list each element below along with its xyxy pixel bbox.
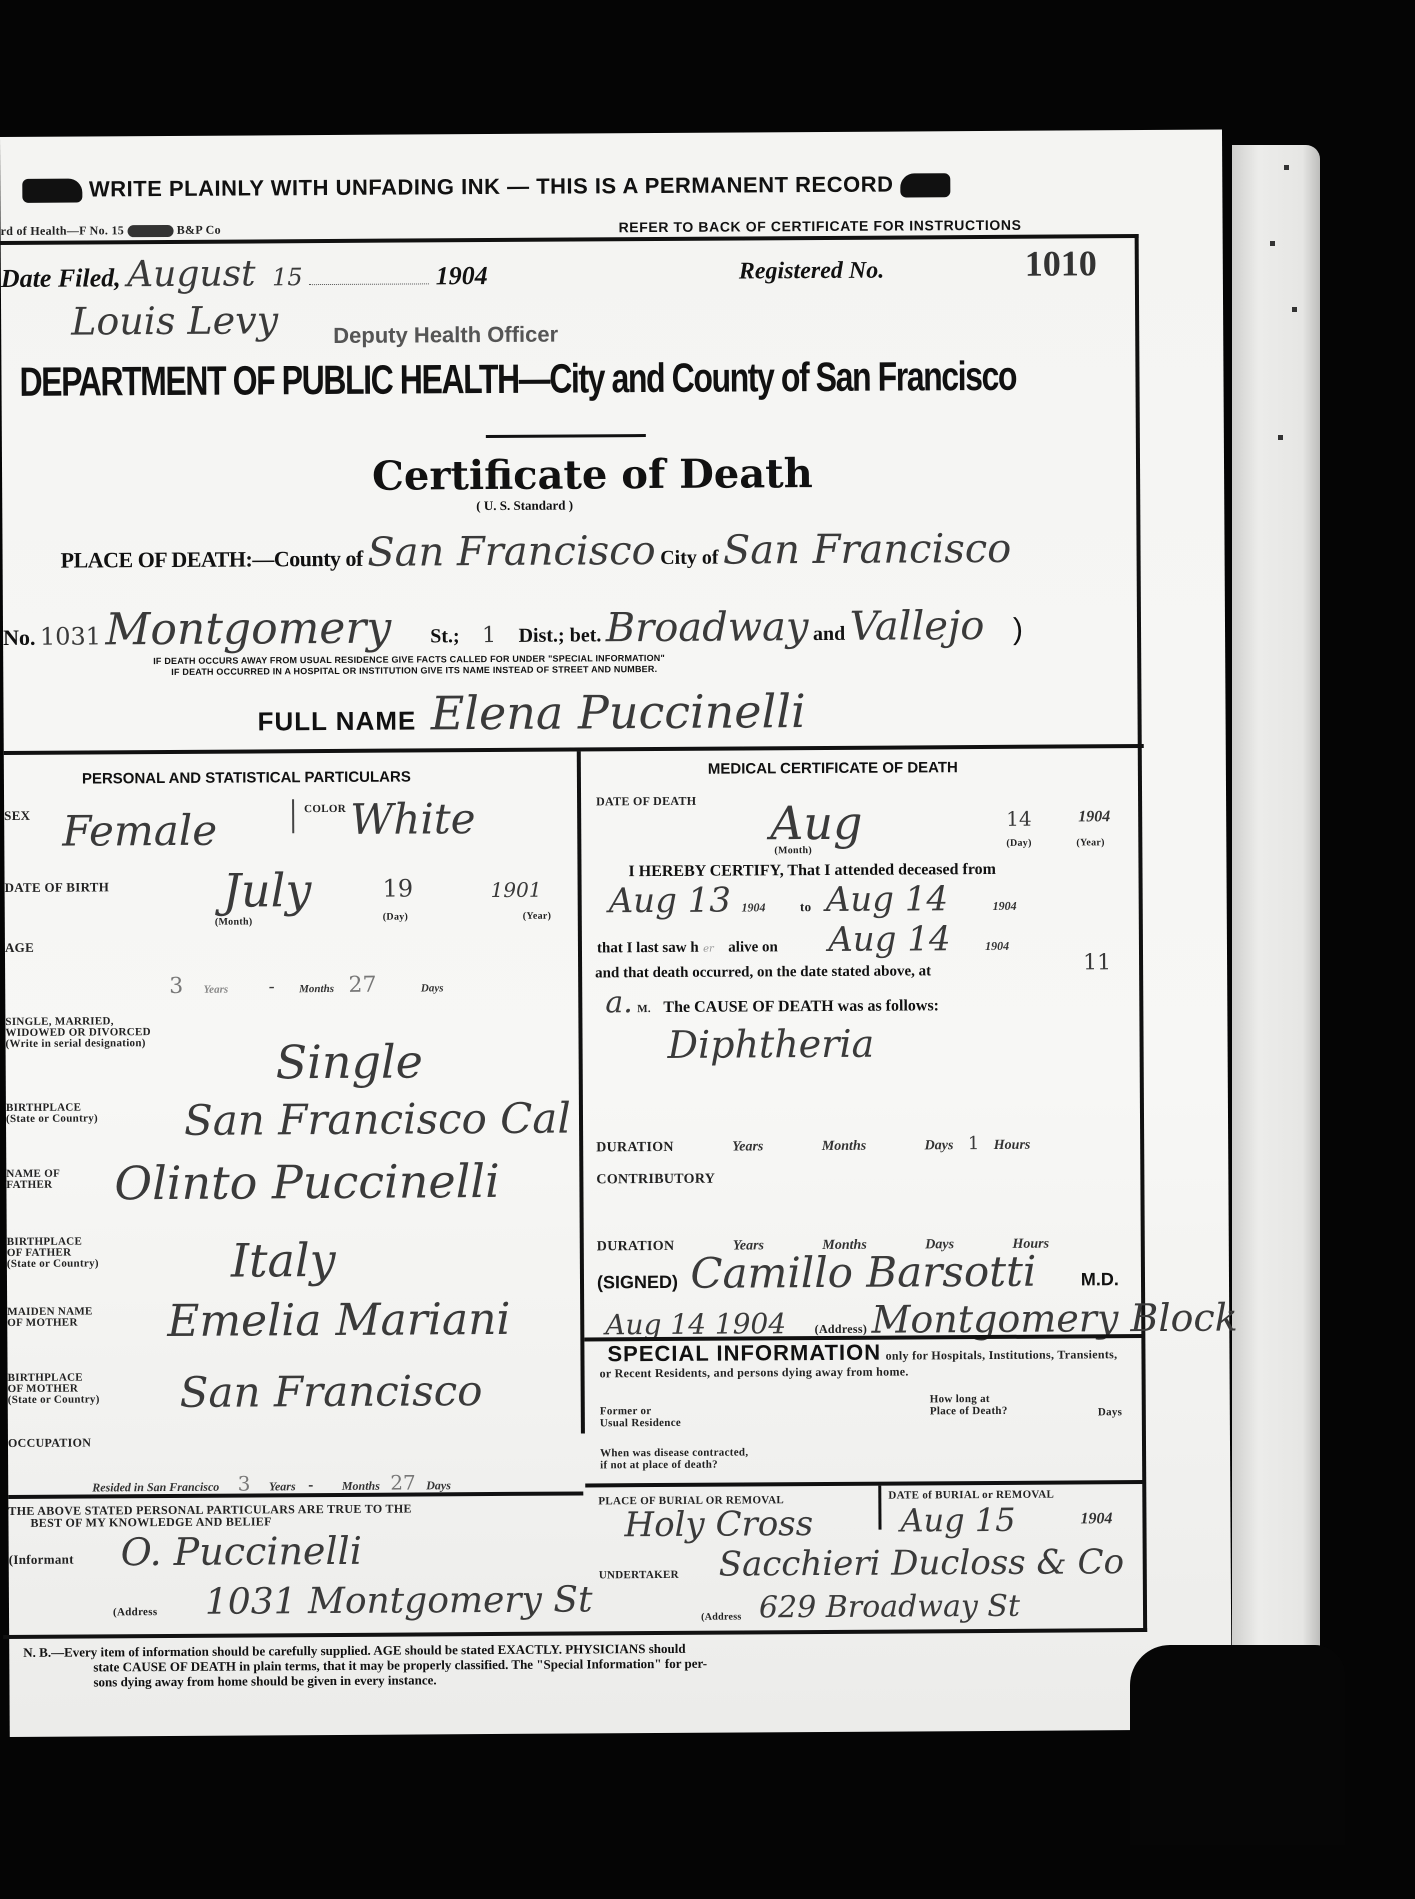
dob-label: DATE OF BIRTH [5,880,110,894]
place-of-death-row: PLACE OF DEATH:—County of San Francisco … [60,526,1011,578]
between-street-1: Broadway [606,604,809,651]
informant-address-label: (Address [113,1606,157,1619]
month-caption: (Month) [215,915,253,928]
father-label-2: FATHER [6,1180,60,1191]
cause-value: Diphtheria [667,1022,874,1067]
cause-label: The CAUSE OF DEATH was as follows: [663,997,939,1016]
thumb-shadow [1130,1645,1345,1845]
years-caption: Years [204,984,229,996]
full-name-value: Elena Puccinelli [431,684,806,740]
dob-month: July [222,863,311,918]
contracted-label: When was disease contracted, if not at p… [600,1446,748,1471]
how-long-label: How long at Place of Death? [930,1393,1008,1417]
attended-from: Aug 13 [609,881,732,922]
street-value: Montgomery [105,603,391,656]
special-heading: SPECIAL INFORMATION [607,1340,881,1367]
physician-signature: Camillo Barsotti [690,1247,1036,1298]
alive-label: alive on [728,939,778,955]
age-months: - [268,976,274,997]
special-heading-row: SPECIAL INFORMATION only for Hospitals, … [607,1338,1117,1367]
to-label: to [800,899,812,914]
pointing-hand-icon [900,173,950,197]
union-label-icon [127,225,173,237]
certify-text: I HEREBY CERTIFY, That I attended deceas… [628,861,996,881]
dod-day: 14 [1006,807,1032,831]
speck [1284,165,1289,170]
age-label: AGE [5,941,34,954]
medical-heading: MEDICAL CERTIFICATE OF DEATH [708,759,958,778]
sex-label: SEX [4,809,30,822]
standard-note: ( U. S. Standard ) [476,498,573,515]
attended-from-year: 1904 [741,900,765,914]
certificate-title: Certificate of Death [372,450,813,500]
officer-title: Deputy Health Officer [333,322,558,349]
age-years: 3 [169,974,183,999]
signed-label: (SIGNED) [597,1272,678,1292]
banner: WRITE PLAINLY WITH UNFADING INK — THIS I… [22,171,950,203]
resided-label: Resided in San Francisco [92,1480,219,1495]
pointing-hand-icon [22,179,82,203]
special-subheading-2: or Recent Residents, and persons dying a… [600,1365,909,1380]
dob-day: 19 [383,874,414,902]
last-saw-pronoun: er [703,944,714,955]
burial-divider [878,1486,881,1530]
duration-days-value: 1 [968,1133,980,1154]
physician-address-label: (Address) [815,1322,868,1336]
banner-text: WRITE PLAINLY WITH UNFADING INK — THIS I… [89,172,894,202]
resided-months-caption: Months [342,1479,380,1493]
resided-years: 3 [238,1471,251,1495]
footer-note-3: sons dying away from home should be give… [23,1671,707,1690]
dod-year: 1904 [1078,808,1110,826]
resided-months: - [308,1477,313,1494]
duration-years-label: Years [732,1139,763,1154]
months-caption: Months [299,983,334,995]
registered-no: 1010 [1025,242,1097,284]
birthplace-value: San Francisco Cal [184,1094,571,1145]
mother-name-label: MAIDEN NAME OF MOTHER [7,1306,93,1329]
last-saw-label: that I last saw h [597,940,699,957]
resided-days-caption: Days [426,1478,451,1492]
full-name-label: FULL NAME [257,705,416,736]
county-value: San Francisco [367,528,656,576]
contracted-label-2: if not at place of death? [600,1458,748,1471]
burial-place: Holy Cross [624,1504,813,1545]
informant-name: O. Puccinelli [121,1529,363,1574]
mother-birthplace-label: BIRTHPLACE OF MOTHER (State or Country) [8,1372,100,1406]
attended-to: Aug 14 [826,879,949,920]
printer-mark: B&P Co [177,223,221,237]
contracted-label-1: When was disease contracted, [600,1446,748,1459]
duration-months-label: Months [822,1139,866,1154]
color-value: White [350,794,476,844]
last-saw-year: 1904 [985,939,1009,953]
date-filed-day: 15 [272,263,303,291]
registered-no-label: Registered No. [739,258,884,286]
meridiem-suffix: M. [637,1003,651,1015]
meridiem: a. [605,985,633,1020]
undertaker-name: Sacchieri Ducloss & Co [719,1542,1125,1584]
street-number: 1031 [40,622,101,650]
st-label: St.; [430,625,460,647]
resided-days: 27 [390,1470,416,1494]
mother-birthplace-value: San Francisco [180,1366,483,1417]
date-filed-label: Date Filed, [1,263,121,293]
mother-name-value: Emelia Mariani [167,1294,511,1347]
place-notes: IF DEATH OCCURS AWAY FROM USUAL RESIDENC… [153,653,665,678]
year-caption: (Year) [523,910,552,923]
sex-value: Female [62,806,217,856]
form-id: rd of Health—F No. 15 [1,223,125,238]
how-long-label-1: How long at [930,1393,1008,1405]
undertaker-address: 629 Broadway St [759,1589,1020,1626]
signed-row: (SIGNED) Camillo Barsotti M.D. [597,1246,1119,1298]
marital-value: Single [275,1034,423,1089]
death-hour: 11 [1083,950,1111,975]
instructions-note: REFER TO BACK OF CERTIFICATE FOR INSTRUC… [619,217,1022,235]
dod-month: Aug [770,796,863,851]
father-birthplace-value: Italy [231,1233,336,1288]
dod-month-caption: (Month) [774,844,812,857]
department-title: DEPARTMENT OF PUBLIC HEALTH—City and Cou… [19,352,1119,406]
and-label: and [813,623,845,645]
attended-to-year: 1904 [993,899,1017,913]
city-value: San Francisco [723,526,1012,574]
cause-row: a. M. The CAUSE OF DEATH was as follows: [605,983,939,1020]
between-street-2: Vallejo [849,603,984,650]
no-label: No. [3,625,36,650]
days-caption: Days [421,982,444,994]
informant-address: 1031 Montgomery St [205,1579,593,1622]
mother-label-2: OF MOTHER [7,1317,93,1329]
birthplace-label-2: (State or Country) [6,1113,98,1125]
father-birthplace-label: BIRTHPLACE OF FATHER (State or Country) [7,1236,99,1270]
dod-year-caption: (Year) [1076,836,1105,849]
date-filed-year: 1904 [436,261,488,290]
informant-statement-2: BEST OF MY KNOWLEDGE AND BELIEF [8,1515,411,1529]
special-subheading-1: only for Hospitals, Institutions, Transi… [886,1347,1118,1362]
color-label: COLOR [304,803,346,816]
speck [1270,241,1275,246]
occurred-text: and that death occurred, on the date sta… [595,963,931,982]
attended-row: Aug 13 1904 to Aug 14 1904 [609,879,1017,921]
footer-note: N. B.—Every item of information should b… [23,1641,707,1690]
death-certificate-page: WRITE PLAINLY WITH UNFADING INK — THIS I… [0,130,1232,1737]
marital-label-3: (Write in serial designation) [6,1038,152,1050]
duration-row: DURATION Years Months Days 1 Hours [596,1133,1030,1157]
form-number: rd of Health—F No. 15 B&P Co [1,224,221,239]
resided-years-caption: Years [269,1479,296,1493]
father-name-label: NAME OF FATHER [6,1169,60,1191]
address-row: No. 1031 Montgomery St.; 1 Dist.; bet. B… [3,599,1023,656]
date-filed-month: August [127,253,256,295]
duration-days-label: Days [925,1138,954,1153]
last-saw-date: Aug 14 [828,919,951,960]
father-name-value: Olinto Puccinelli [114,1154,500,1210]
date-filed: Date Filed, August 15 1904 [1,252,488,296]
duration-hours-label: Hours [994,1138,1031,1153]
dod-label: DATE OF DEATH [596,795,696,809]
birthplace-label: BIRTHPLACE (State or Country) [6,1102,98,1125]
how-long-label-2: Place of Death? [930,1405,1008,1417]
undertaker-label: UNDERTAKER [599,1569,679,1582]
speck [1292,307,1297,312]
undertaker-address-label: (Address [701,1610,742,1623]
day-caption: (Day) [383,911,408,924]
age-days: 27 [348,973,376,998]
dod-day-caption: (Day) [1006,837,1031,850]
city-label: City of [660,547,718,569]
speck [1278,435,1283,440]
age-values: 3 Years - Months 27 Days [169,972,443,999]
former-label-1: Former or [600,1405,681,1417]
personal-heading: PERSONAL AND STATISTICAL PARTICULARS [82,769,411,788]
binder-spine [1232,145,1320,1685]
officer-signature: Louis Levy [71,298,278,343]
father-bp-label-3: (State or Country) [7,1258,99,1270]
ward-value: 1 [482,623,496,648]
dist-label: Dist.; bet. [519,624,602,647]
occupation-label: OCCUPATION [8,1436,91,1450]
duration-label: DURATION [596,1140,674,1155]
contributory-label: CONTRIBUTORY [596,1173,715,1187]
full-name-row: FULL NAME Elena Puccinelli [257,684,806,741]
former-label-2: Usual Residence [600,1417,681,1429]
place-of-death-label: PLACE OF DEATH:—County of [61,546,363,573]
informant-statement: THE ABOVE STATED PERSONAL PARTICULARS AR… [8,1503,412,1529]
last-saw-row: that I last saw h er alive on Aug 14 190… [597,919,1009,962]
burial-year: 1904 [1080,1510,1112,1528]
dob-year: 1901 [491,878,542,902]
md-label: M.D. [1081,1269,1119,1289]
mother-bp-label-3: (State or Country) [8,1394,100,1406]
how-long-days-label: Days [1098,1406,1123,1419]
burial-date: Aug 15 [900,1501,1015,1540]
former-residence-label: Former or Usual Residence [600,1405,681,1429]
marital-label: SINGLE, MARRIED, WIDOWED OR DIVORCED (Wr… [5,1016,151,1050]
informant-label: (Informant [9,1553,74,1566]
